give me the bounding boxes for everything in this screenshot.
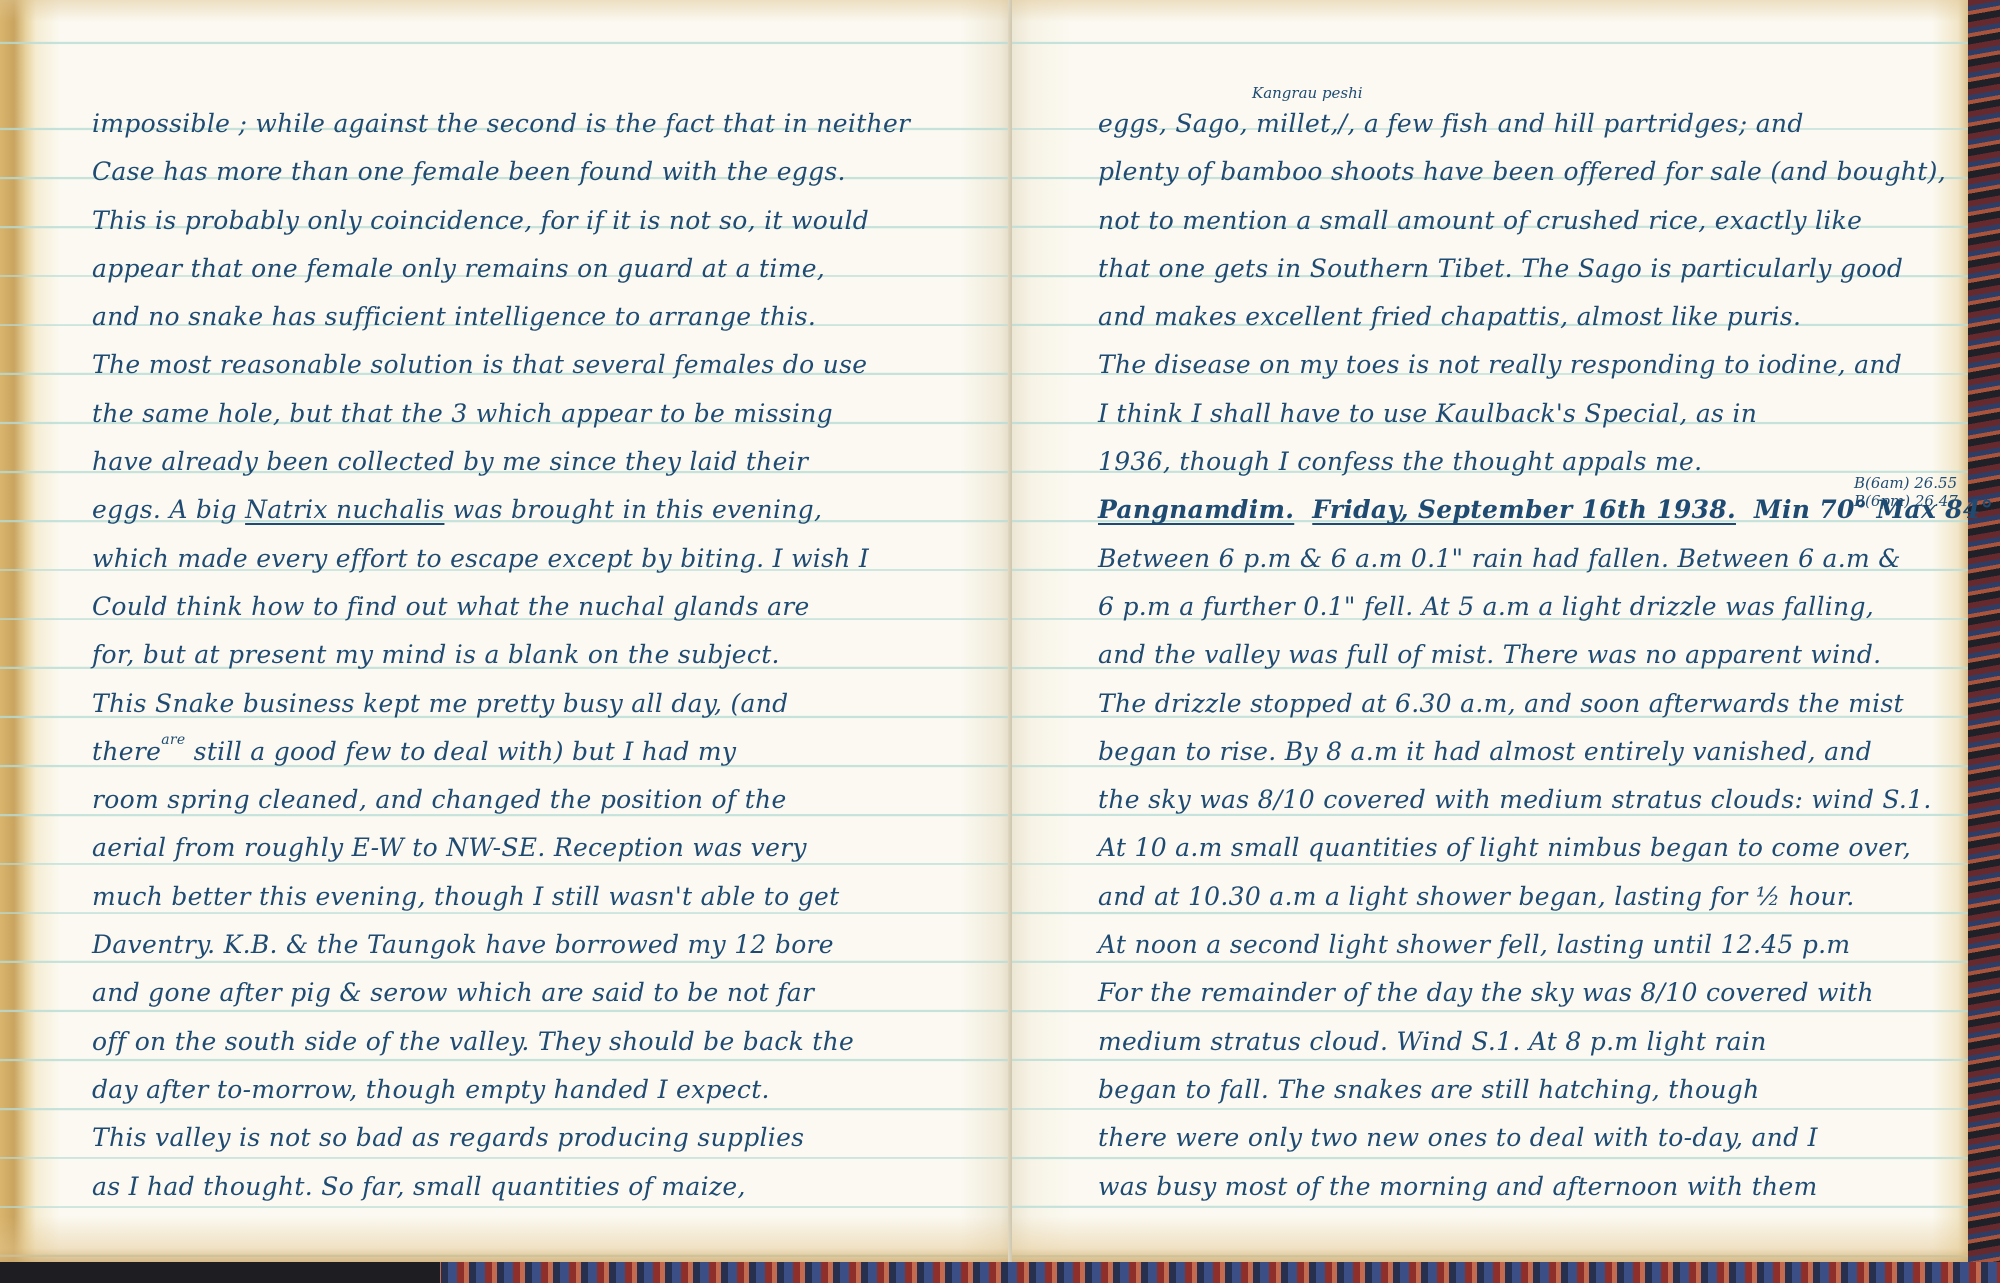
text-line: day after to-morrow, though empty handed… xyxy=(92,1066,997,1114)
line-end: still a good few to deal with) but I had… xyxy=(185,737,736,766)
text-line: eggs. A big Natrix nuchalis was brought … xyxy=(92,486,997,534)
text-line: The most reasonable solution is that sev… xyxy=(92,341,997,389)
text-line: have already been collected by me since … xyxy=(92,438,997,486)
text-line: This Snake business kept me pretty busy … xyxy=(92,680,997,728)
caret-insertion: are xyxy=(161,732,185,748)
text-line: Daventry. K.B. & the Taungok have borrow… xyxy=(92,921,997,969)
entry-heading: Pangnamdim. Friday, September 16th 1938.… xyxy=(1098,486,1948,534)
text-line: much better this evening, though I still… xyxy=(92,873,997,921)
text-line: At 10 a.m small quantities of light nimb… xyxy=(1098,824,1948,872)
left-page: impossible ; while against the second is… xyxy=(0,0,1012,1262)
text-line: as I had thought. So far, small quantiti… xyxy=(92,1163,997,1211)
text-line: plenty of bamboo shoots have been offere… xyxy=(1098,148,1948,196)
heading-date: Friday, September 16th 1938. xyxy=(1312,495,1736,524)
text-line: off on the south side of the valley. The… xyxy=(92,1018,997,1066)
text-line: Case has more than one female been found… xyxy=(92,148,997,196)
text-line: and the valley was full of mist. There w… xyxy=(1098,631,1948,679)
text-line: which made every effort to escape except… xyxy=(92,535,997,583)
text-line: for, but at present my mind is a blank o… xyxy=(92,631,997,679)
heading-place: Pangnamdim. xyxy=(1098,495,1294,524)
text-line: appear that one female only remains on g… xyxy=(92,245,997,293)
species-name-underlined: Natrix nuchalis xyxy=(245,495,444,524)
text-line: Could think how to find out what the nuc… xyxy=(92,583,997,631)
text-line: Between 6 p.m & 6 a.m 0.1" rain had fall… xyxy=(1098,535,1948,583)
text-line: The disease on my toes is not really res… xyxy=(1098,341,1948,389)
text-line: The drizzle stopped at 6.30 a.m, and soo… xyxy=(1098,680,1948,728)
text-line: and at 10.30 a.m a light shower began, l… xyxy=(1098,873,1948,921)
foxing-bottom xyxy=(0,1216,1012,1262)
text-line: At noon a second light shower fell, last… xyxy=(1098,921,1948,969)
text-line: This valley is not so bad as regards pro… xyxy=(92,1114,997,1162)
text-line: began to rise. By 8 a.m it had almost en… xyxy=(1098,728,1948,776)
text-line: and makes excellent fried chapattis, alm… xyxy=(1098,293,1948,341)
notebook-spread: impossible ; while against the second is… xyxy=(0,0,2000,1283)
text-line: and no snake has sufficient intelligence… xyxy=(92,293,997,341)
text-line: medium stratus cloud. Wind S.1. At 8 p.m… xyxy=(1098,1018,1948,1066)
text-line: impossible ; while against the second is… xyxy=(92,100,997,148)
text-line: 6 p.m a further 0.1" fell. At 5 a.m a li… xyxy=(1098,583,1948,631)
right-page-text: eggs, Sago, millet,/, a few fish and hil… xyxy=(1098,100,1948,1211)
text-line: the sky was 8/10 covered with medium str… xyxy=(1098,776,1948,824)
text-line: and gone after pig & serow which are sai… xyxy=(92,969,997,1017)
barometer-am: B(6am) 26.55 xyxy=(1854,474,1958,492)
marbled-endpaper-right xyxy=(1968,0,2000,1283)
text-line: For the remainder of the day the sky was… xyxy=(1098,969,1948,1017)
line-end: was brought in this evening, xyxy=(444,495,822,524)
text-line: thereare still a good few to deal with) … xyxy=(92,728,997,776)
line-start: there xyxy=(92,737,161,766)
text-line: This is probably only coincidence, for i… xyxy=(92,197,997,245)
text-line: 1936, though I confess the thought appal… xyxy=(1098,438,1948,486)
text-line: room spring cleaned, and changed the pos… xyxy=(92,776,997,824)
right-page: Kangrau peshi eggs, Sago, millet,/, a fe… xyxy=(1012,0,1968,1262)
text-line: not to mention a small amount of crushed… xyxy=(1098,197,1948,245)
text-line: I think I shall have to use Kaulback's S… xyxy=(1098,390,1948,438)
text-line: aerial from roughly E-W to NW-SE. Recept… xyxy=(92,824,997,872)
text-line: there were only two new ones to deal wit… xyxy=(1098,1114,1948,1162)
foxing-bottom xyxy=(1012,1216,1968,1262)
line-start: eggs. A big xyxy=(92,495,237,524)
left-page-text: impossible ; while against the second is… xyxy=(92,100,997,1211)
text-line: that one gets in Southern Tibet. The Sag… xyxy=(1098,245,1948,293)
barometer-note: B(6am) 26.55 B(6pm) 26.47 xyxy=(1854,474,1958,510)
text-line: was busy most of the morning and afterno… xyxy=(1098,1163,1948,1211)
min-temperature: Min 70° xyxy=(1754,495,1867,524)
text-line: the same hole, but that the 3 which appe… xyxy=(92,390,997,438)
barometer-pm: B(6pm) 26.47 xyxy=(1854,492,1958,510)
marbled-endpaper-bottom xyxy=(0,1262,2000,1283)
text-line: began to fall. The snakes are still hatc… xyxy=(1098,1066,1948,1114)
text-line: eggs, Sago, millet,/, a few fish and hil… xyxy=(1098,100,1948,148)
